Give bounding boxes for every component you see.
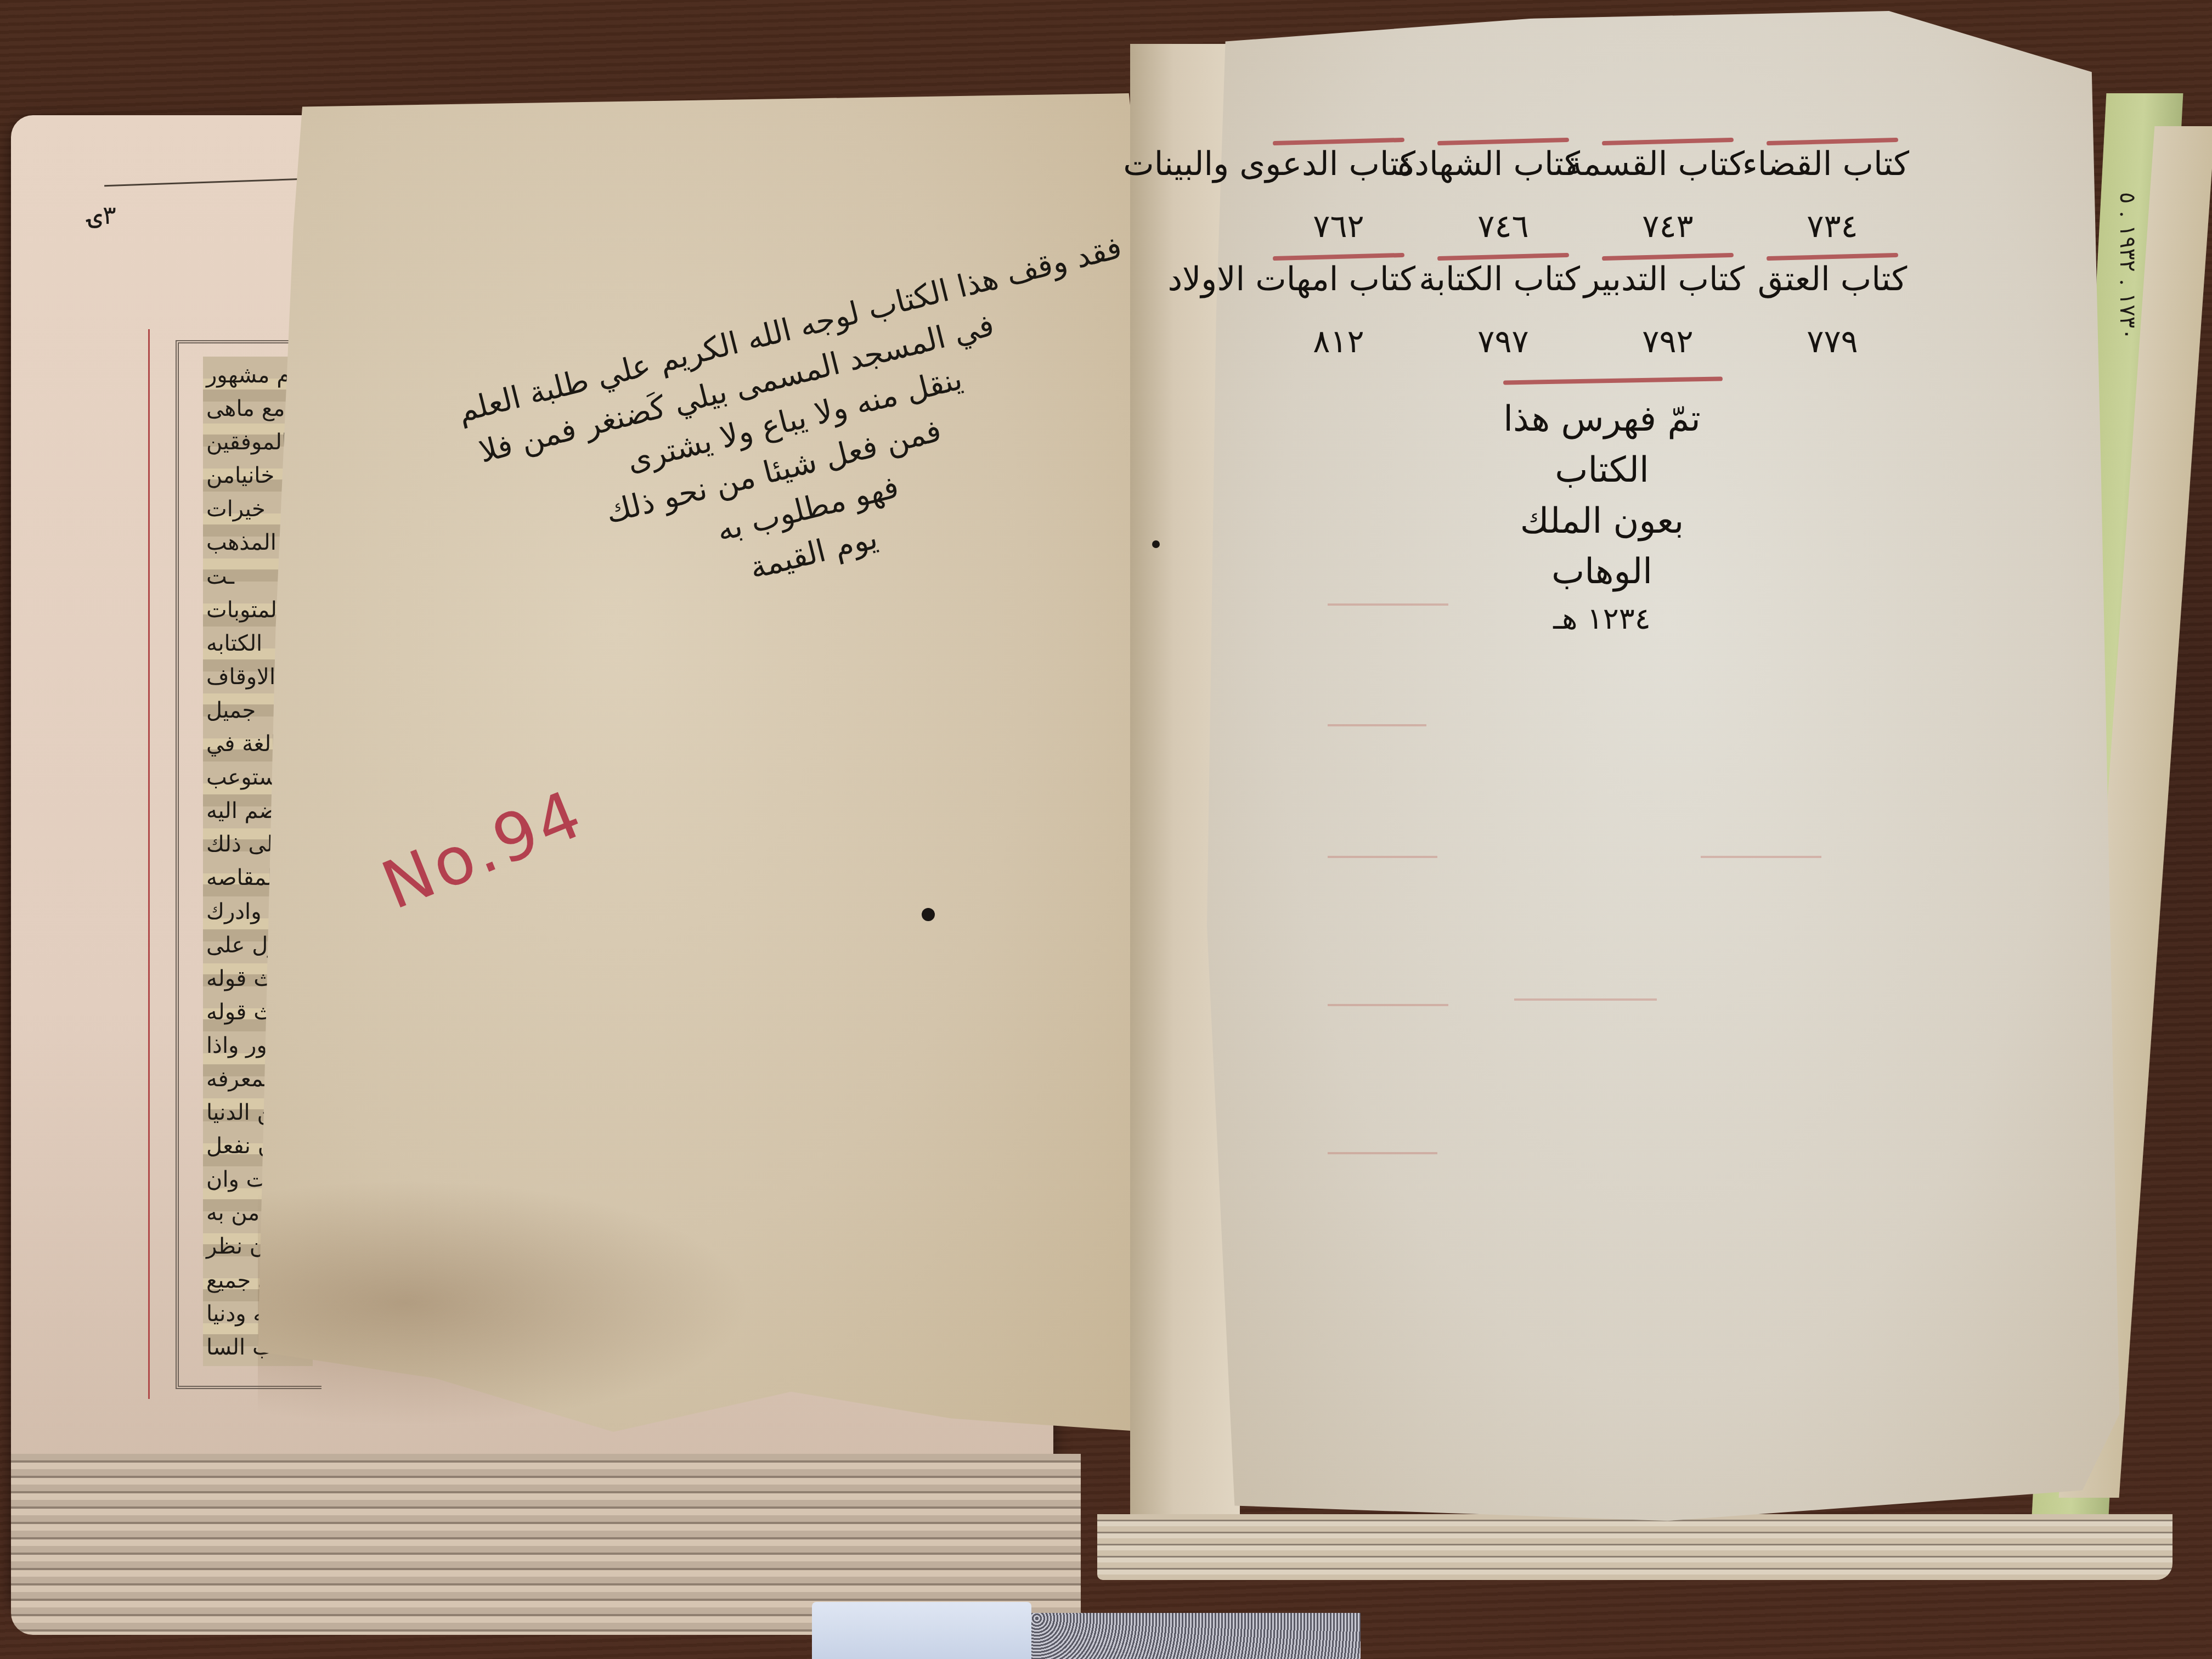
index-page-number: ٧٤٣: [1591, 207, 1745, 245]
index-title: كتاب الشهادة: [1426, 145, 1580, 183]
colophon: تمّ فهرس هذا الكتاب بعون الملك الوهاب ١٢…: [1481, 379, 1723, 640]
index-entry: كتاب امهات الاولاد ٨١٢: [1262, 258, 1415, 360]
index-page-number: ٧٩٧: [1426, 323, 1580, 360]
colophon-date: ١٢٣٤ هـ: [1481, 597, 1723, 640]
water-stain: [258, 1180, 752, 1426]
index-row-1: كتاب القضاء ٧٣٤ كتاب القسمة ٧٤٣ كتاب الش…: [1262, 143, 1909, 245]
corner-note: ٣ۍ: [88, 200, 116, 230]
index-page-number: ٧٦٢: [1262, 207, 1415, 245]
spine-label: ١٧٣٠ . ١٩٣٢ . ٥: [2115, 192, 2140, 340]
faint-rule: [1328, 1004, 1448, 1006]
index-entry: كتاب التدبير ٧٩٢: [1591, 258, 1745, 360]
index-title: كتاب القسمة: [1591, 145, 1745, 183]
ink-dot: [922, 908, 935, 921]
gilt-line: الاوقاف: [206, 666, 275, 688]
index-page-number: ٧٤٦: [1426, 207, 1580, 245]
colophon-line: بعون الملك: [1481, 496, 1723, 547]
index-entry: كتاب الشهادة ٧٤٦: [1426, 143, 1580, 245]
index-page-number: ٨١٢: [1262, 323, 1415, 360]
gilt-line: ـت: [206, 566, 234, 588]
index-title: كتاب الكتابة: [1426, 260, 1580, 298]
index-entry: كتاب العتق ٧٧٩: [1756, 258, 1909, 360]
gilt-line: بالغة في: [206, 733, 284, 755]
gilt-line: خيرات: [206, 498, 266, 520]
faint-rule: [1328, 1152, 1437, 1154]
index-page-number: ٧٧٩: [1756, 323, 1909, 360]
index-title: كتاب الدعوى والبينات: [1262, 145, 1415, 183]
gilt-line: مع ماهی: [206, 398, 285, 420]
faint-rule: [1328, 724, 1426, 726]
faint-rule: [1328, 603, 1448, 606]
colophon-line: تمّ فهرس هذا الكتاب: [1481, 394, 1723, 496]
colophon-line: الوهاب: [1481, 546, 1723, 597]
right-page-edges: [1097, 1514, 2172, 1580]
gilt-line: المذهب: [206, 532, 276, 554]
index-title: كتاب التدبير: [1591, 260, 1745, 298]
index-title: كتاب القضاء: [1756, 145, 1909, 183]
index-row-2: كتاب العتق ٧٧٩ كتاب التدبير ٧٩٢ كتاب الك…: [1262, 258, 1909, 360]
index-entry: كتاب الكتابة ٧٩٧: [1426, 258, 1580, 360]
index-entry: كتاب القسمة ٧٤٣: [1591, 143, 1745, 245]
gilt-line: لمقاصه: [206, 867, 274, 889]
gilt-line: جميل: [206, 699, 256, 721]
gilt-line: من به: [206, 1202, 259, 1224]
patterned-cloth: [1031, 1613, 1361, 1659]
index-title: كتاب العتق: [1756, 260, 1909, 298]
gilt-line: الكتابه: [206, 633, 262, 654]
index-title: كتاب امهات الاولاد: [1262, 260, 1415, 298]
index-page-number: ٧٣٤: [1756, 207, 1909, 245]
ink-dot: [1152, 540, 1160, 548]
blue-paper-sheet: [812, 1602, 1031, 1659]
faint-rule: [1701, 856, 1821, 858]
gilt-line: الموفقين: [206, 431, 288, 453]
gilt-line: ضم اليه: [206, 800, 278, 822]
index-entry: كتاب القضاء ٧٣٤: [1756, 143, 1909, 245]
gilt-line: خانيامن: [206, 465, 274, 487]
faint-rule: [1514, 998, 1657, 1001]
gilt-line: المتوبات: [206, 599, 283, 621]
index-page-number: ٧٩٢: [1591, 323, 1745, 360]
faint-rule: [1328, 856, 1437, 858]
index-entry: كتاب الدعوى والبينات ٧٦٢: [1262, 143, 1415, 245]
